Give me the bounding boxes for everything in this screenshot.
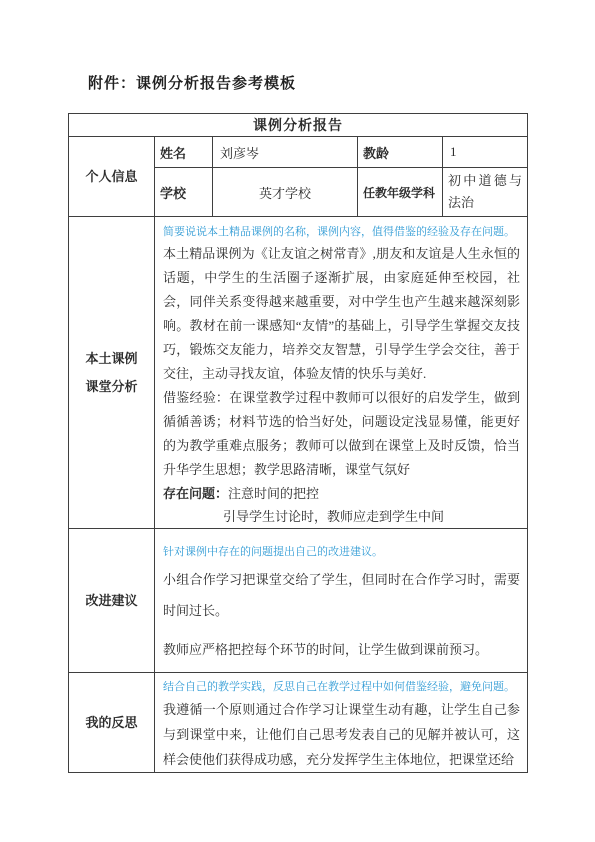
suggestions-paragraph-2: 教师应严格把控每个环节的时间，让学生做到课前预习。 [163, 634, 520, 665]
analysis-problem-line-2: 引导学生讨论时，教师应走到学生中间 [163, 505, 520, 528]
name-label: 姓名 [155, 137, 213, 168]
suggestions-section-label: 改进建议 [69, 529, 155, 673]
lesson-analysis-table: 课例分析报告 个人信息 姓名 刘彦岑 教龄 1 学校 英才学校 任教年级学科 初… [68, 113, 528, 773]
table-title: 课例分析报告 [69, 114, 528, 137]
name-value: 刘彦岑 [213, 137, 358, 168]
teaching-age-value: 1 [443, 137, 528, 168]
suggestions-paragraph-1: 小组合作学习把课堂交给了学生，但同时在合作学习时，需要时间过长。 [163, 564, 520, 626]
reflection-prompt: 结合自己的教学实践，反思自己在教学过程中如何借鉴经验，避免问题。 [163, 677, 520, 697]
school-value: 英才学校 [213, 168, 358, 217]
personal-info-section-label: 个人信息 [69, 137, 155, 217]
analysis-section-label: 本土课例 课堂分析 [69, 217, 155, 529]
reflection-row: 我的反思 结合自己的教学实践，反思自己在教学过程中如何借鉴经验，避免问题。 我遵… [69, 673, 528, 773]
reflection-paragraph-1: 我遵循一个原则通过合作学习让课堂生动有趣，让学生自己参与到课堂中来，让他们自己思… [163, 697, 520, 772]
problem-label: 存在问题： [163, 486, 228, 501]
school-label: 学校 [155, 168, 213, 217]
personal-info-row-1: 个人信息 姓名 刘彦岑 教龄 1 [69, 137, 528, 168]
suggestions-content: 针对课例中存在的问题提出自己的改进建议。 小组合作学习把课堂交给了学生，但同时在… [155, 529, 528, 673]
suggestions-prompt: 针对课例中存在的问题提出自己的改进建议。 [163, 542, 520, 562]
reflection-content: 结合自己的教学实践，反思自己在教学过程中如何借鉴经验，避免问题。 我遵循一个原则… [155, 673, 528, 773]
analysis-content: 简要说说本土精品课例的名称，课例内容，值得借鉴的经验及存在问题。 本土精品课例为… [155, 217, 528, 529]
suggestions-row: 改进建议 针对课例中存在的问题提出自己的改进建议。 小组合作学习把课堂交给了学生… [69, 529, 528, 673]
analysis-paragraph-2: 借鉴经验：在课堂教学过程中教师可以很好的启发学生，做到循循善诱；材料节选的恰当好… [163, 386, 520, 482]
document-page: { "page": { "attachment_title": "附件：课例分析… [0, 0, 595, 842]
analysis-section-label-line1: 本土课例 [69, 345, 154, 373]
problem-text: 注意时间的把控 [228, 486, 319, 501]
analysis-problem-line: 存在问题：注意时间的把控 [163, 482, 520, 505]
teaching-age-label: 教龄 [358, 137, 443, 168]
attachment-heading: 附件：课例分析报告参考模板 [88, 72, 296, 93]
analysis-paragraph-1: 本土精品课例为《让友谊之树常青》,朋友和友谊是人生永恒的话题，中学生的生活圈子逐… [163, 242, 520, 386]
table-title-row: 课例分析报告 [69, 114, 528, 137]
grade-subject-value: 初中道德与法治 [443, 168, 528, 217]
reflection-section-label: 我的反思 [69, 673, 155, 773]
analysis-section-label-line2: 课堂分析 [69, 373, 154, 401]
analysis-prompt: 简要说说本土精品课例的名称，课例内容，值得借鉴的经验及存在问题。 [163, 222, 520, 242]
analysis-row: 本土课例 课堂分析 简要说说本土精品课例的名称，课例内容，值得借鉴的经验及存在问… [69, 217, 528, 529]
grade-subject-label: 任教年级学科 [358, 168, 443, 217]
